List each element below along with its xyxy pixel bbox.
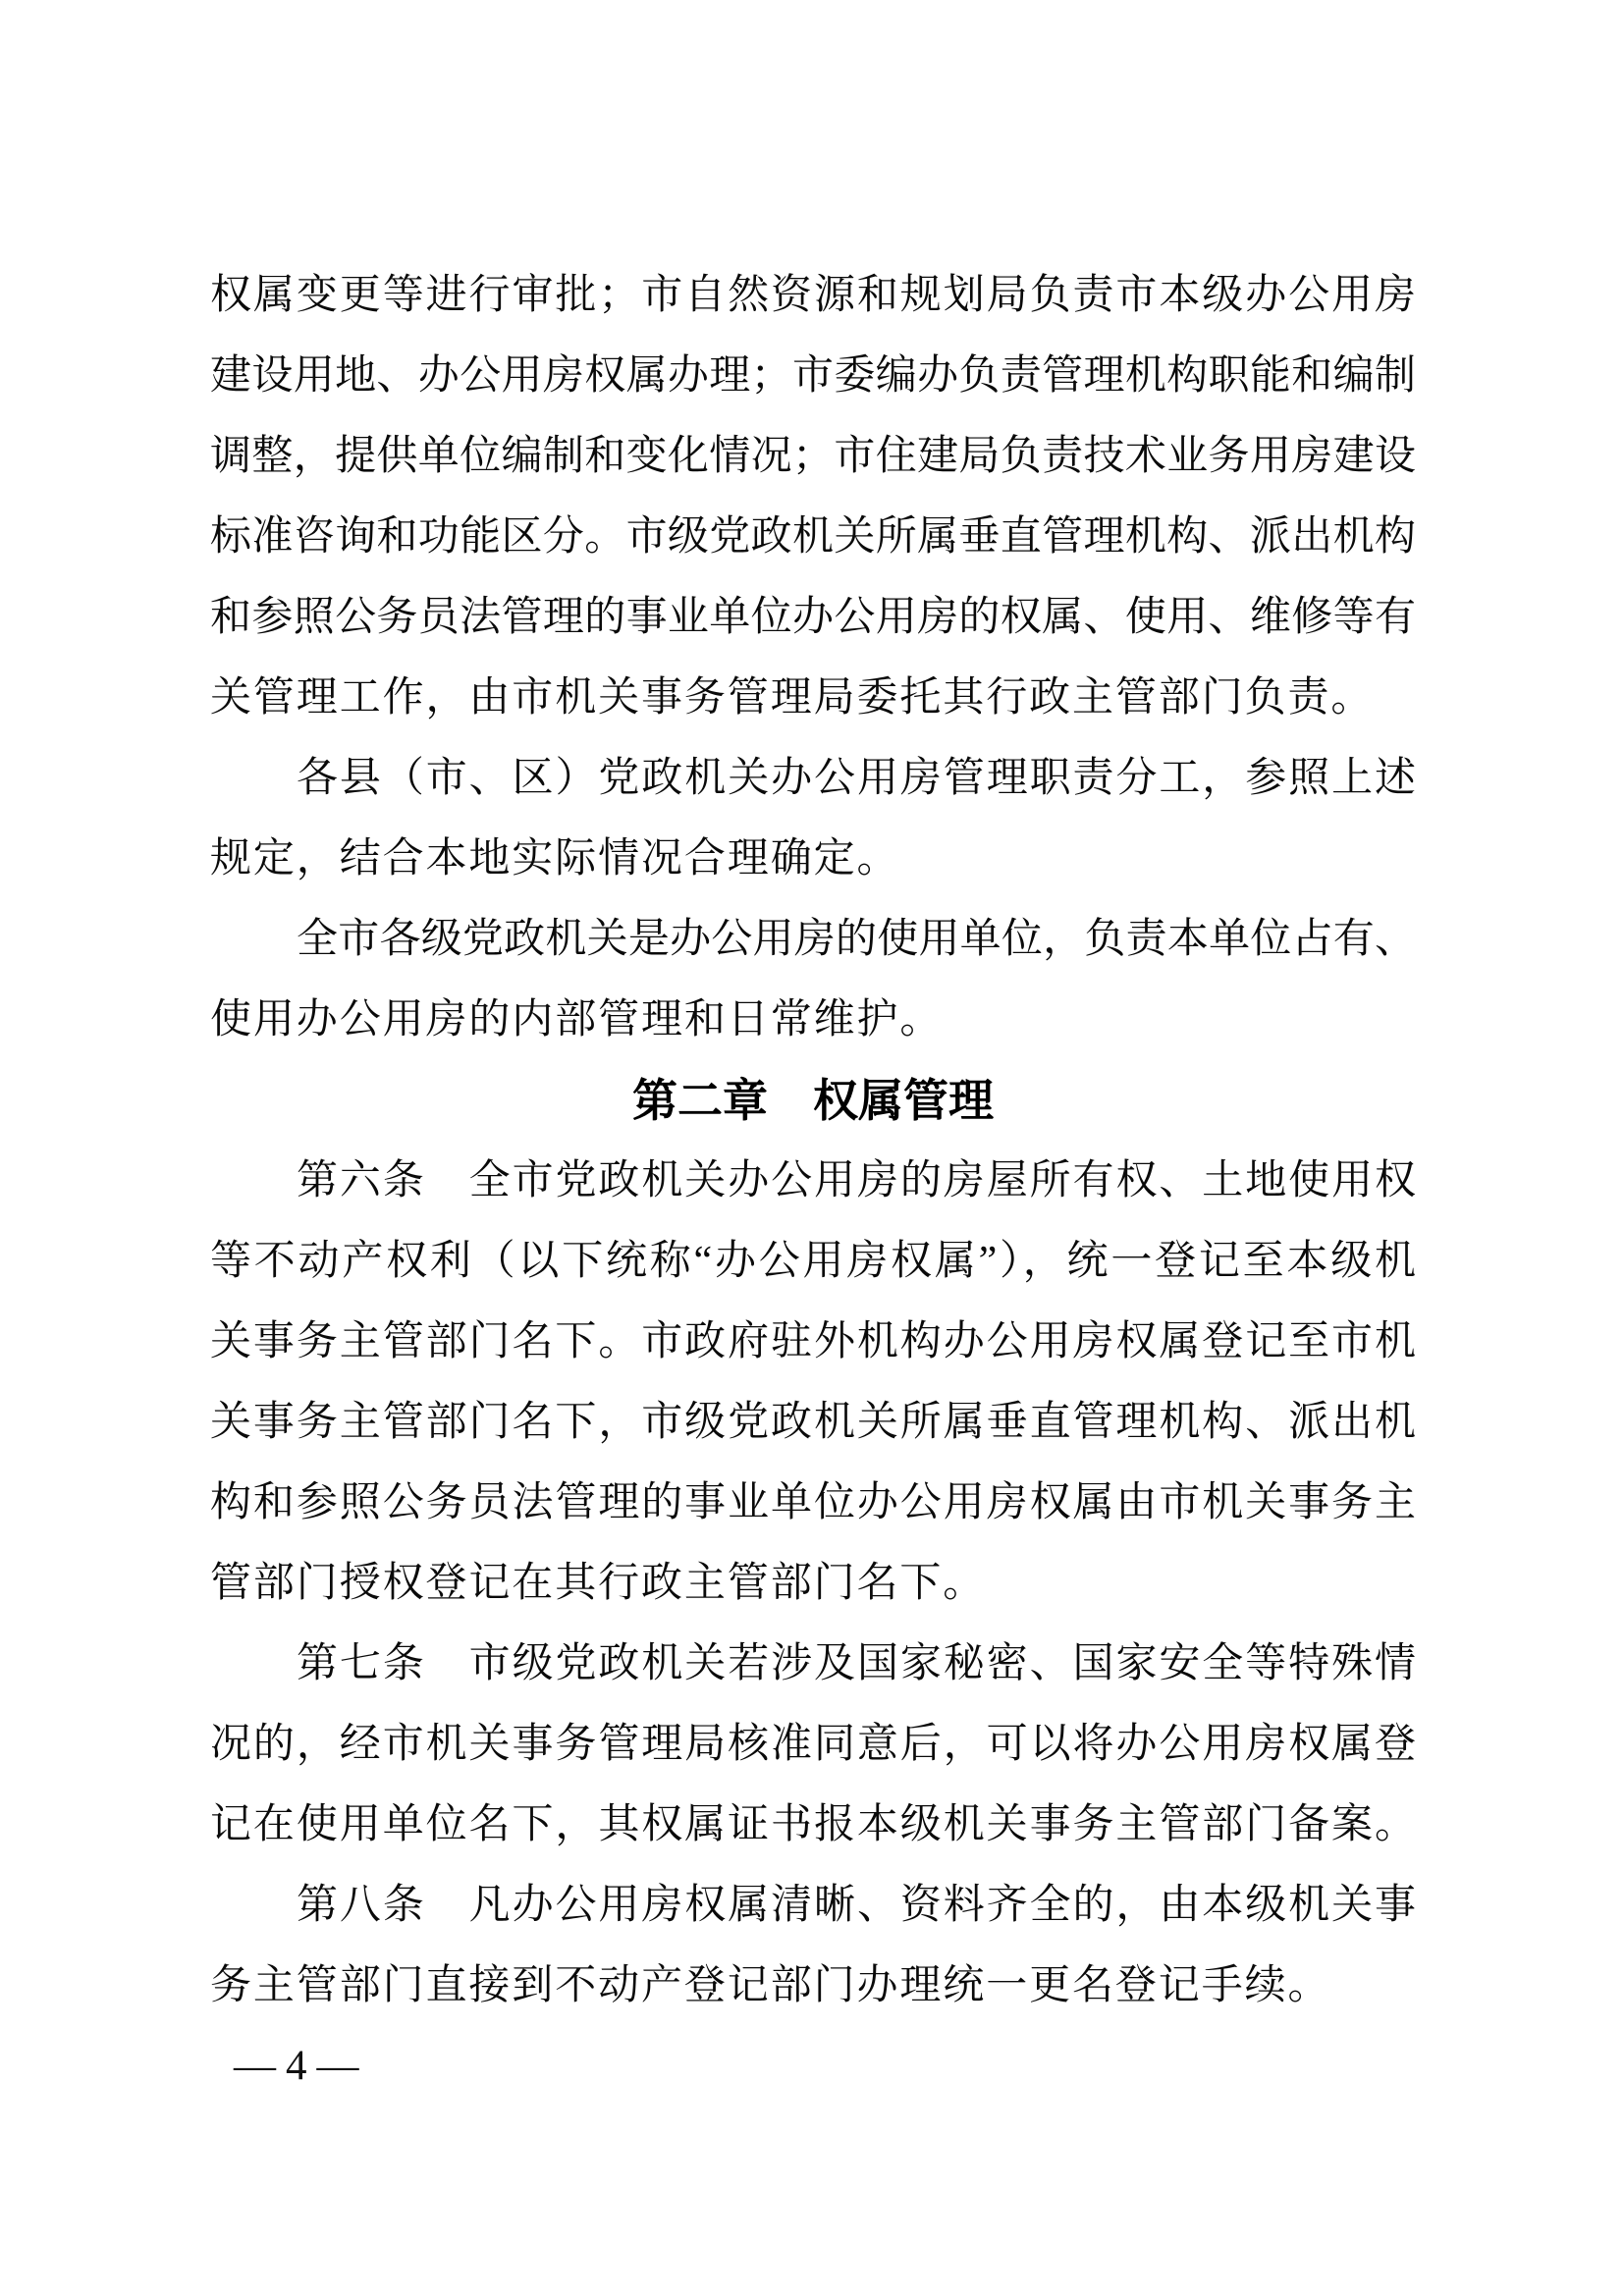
text-line: 全市各级党政机关是办公用房的使用单位，负责本单位占有、 [210, 899, 1416, 980]
chapter-heading: 第二章 权属管理 [210, 1060, 1416, 1141]
text-line: 关事务主管部门名下。市政府驻外机构办公用房权属登记至市机 [210, 1302, 1416, 1382]
text-line: 管部门授权登记在其行政主管部门名下。 [210, 1543, 1416, 1624]
footer-left-dash: — [234, 2042, 276, 2090]
text-line: 务主管部门直接到不动产登记部门办理统一更名登记手续。 [210, 1946, 1416, 2026]
text-line: 关事务主管部门名下，市级党政机关所属垂直管理机构、派出机 [210, 1382, 1416, 1463]
text-line: 和参照公务员法管理的事业单位办公用房的权属、使用、维修等有 [210, 577, 1416, 658]
text-line: 标准咨询和功能区分。市级党政机关所属垂直管理机构、派出机构 [210, 497, 1416, 577]
text-line: 构和参照公务员法管理的事业单位办公用房权属由市机关事务主 [210, 1463, 1416, 1543]
text-line: 规定，结合本地实际情况合理确定。 [210, 819, 1416, 899]
text-line: 各县（市、区）党政机关办公用房管理职责分工，参照上述 [210, 738, 1416, 819]
text-line: 记在使用单位名下，其权属证书报本级机关事务主管部门备案。 [210, 1785, 1416, 1865]
page-footer: — 4 — [234, 2042, 359, 2090]
document-body: 权属变更等进行审批；市自然资源和规划局负责市本级办公用房建设用地、办公用房权属办… [210, 255, 1416, 2026]
text-line: 第六条 全市党政机关办公用房的房屋所有权、土地使用权 [210, 1141, 1416, 1221]
text-line: 建设用地、办公用房权属办理；市委编办负责管理机构职能和编制 [210, 336, 1416, 416]
footer-right-dash: — [317, 2042, 359, 2090]
text-line: 权属变更等进行审批；市自然资源和规划局负责市本级办公用房 [210, 255, 1416, 336]
document-page: 权属变更等进行审批；市自然资源和规划局负责市本级办公用房建设用地、办公用房权属办… [0, 0, 1624, 2296]
text-line: 第七条 市级党政机关若涉及国家秘密、国家安全等特殊情 [210, 1624, 1416, 1704]
text-line: 况的，经市机关事务管理局核准同意后，可以将办公用房权属登 [210, 1704, 1416, 1785]
text-line: 使用办公用房的内部管理和日常维护。 [210, 980, 1416, 1060]
text-line: 关管理工作，由市机关事务管理局委托其行政主管部门负责。 [210, 658, 1416, 738]
text-line: 等不动产权利（以下统称“办公用房权属”），统一登记至本级机 [210, 1221, 1416, 1302]
text-line: 调整，提供单位编制和变化情况；市住建局负责技术业务用房建设 [210, 416, 1416, 497]
text-line: 第八条 凡办公用房权属清晰、资料齐全的，由本级机关事 [210, 1865, 1416, 1946]
page-number: 4 [286, 2042, 307, 2090]
